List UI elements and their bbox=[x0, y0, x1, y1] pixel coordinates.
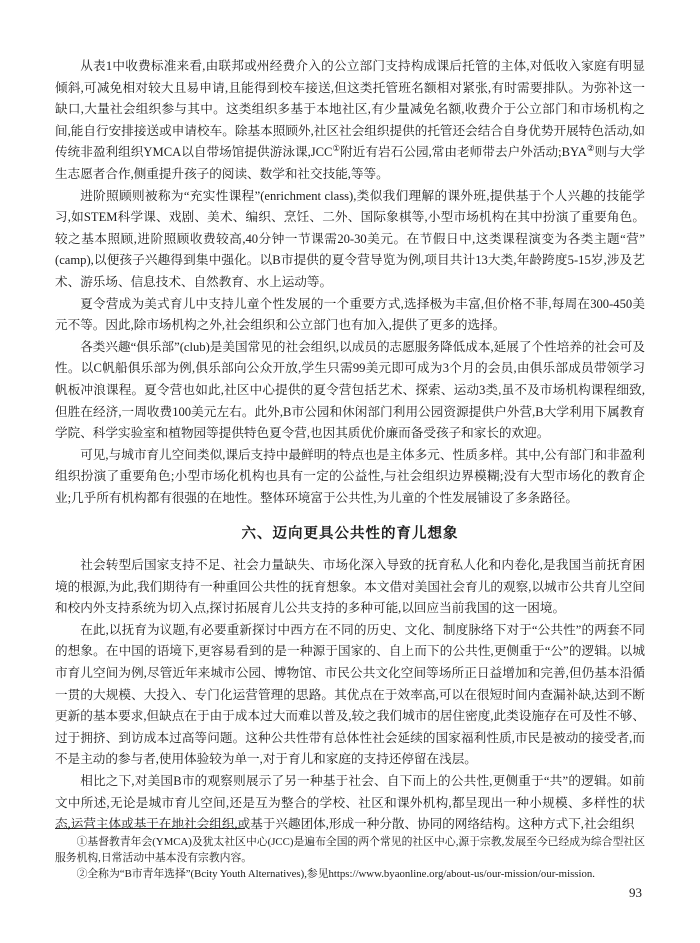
footnote-separator bbox=[55, 828, 245, 829]
body-paragraph: 社会转型后国家支持不足、社会力量缺失、市场化深入导致的抚育私人化和内卷化,是我国… bbox=[55, 555, 645, 620]
body-paragraph: 各类兴趣“俱乐部”(club)是美国常见的社会组织,以成员的志愿服务降低成本,延… bbox=[55, 337, 645, 445]
paragraphs-before-heading: 从表1中收费标准来看,由联邦或州经费介入的公立部门支持构成课后托管的主体,对低收… bbox=[55, 56, 645, 509]
body-paragraph: 夏令营成为美式育儿中支持儿童个性发展的一个重要方式,选择极为丰富,但价格不菲,每… bbox=[55, 294, 645, 337]
footnote-list: ①基督教青年会(YMCA)及犹太社区中心(JCC)是遍布全国的两个常见的社区中心… bbox=[55, 834, 645, 883]
footnote-area: ①基督教青年会(YMCA)及犹太社区中心(JCC)是遍布全国的两个常见的社区中心… bbox=[55, 828, 645, 883]
footnote-item: ①基督教青年会(YMCA)及犹太社区中心(JCC)是遍布全国的两个常见的社区中心… bbox=[55, 834, 645, 866]
body-paragraph: 相比之下,对美国B市的观察则展示了另一种基于社会、自下而上的公共性,更侧重于“共… bbox=[55, 771, 645, 836]
body-paragraph: 可见,与城市育儿空间类似,课后支持中最鲜明的特点也是主体多元、性质多样。其中,公… bbox=[55, 445, 645, 510]
page-number: 93 bbox=[629, 885, 642, 901]
body-paragraph: 进阶照顾则被称为“充实性课程”(enrichment class),类似我们理解… bbox=[55, 186, 645, 294]
footnote-item: ②全称为“B市青年选择”(Bcity Youth Alternatives),参… bbox=[55, 866, 645, 882]
paragraphs-after-heading: 社会转型后国家支持不足、社会力量缺失、市场化深入导致的抚育私人化和内卷化,是我国… bbox=[55, 555, 645, 836]
section-heading: 六、迈向更具公共性的育儿想象 bbox=[55, 524, 645, 546]
body-paragraph: 在此,以抚育为议题,有必要重新探讨中西方在不同的历史、文化、制度脉络下对于“公共… bbox=[55, 620, 645, 771]
body-paragraph: 从表1中收费标准来看,由联邦或州经费介入的公立部门支持构成课后托管的主体,对低收… bbox=[55, 56, 645, 186]
article-page: 从表1中收费标准来看,由联邦或州经费介入的公立部门支持构成课后托管的主体,对低收… bbox=[0, 0, 700, 943]
article-body: 从表1中收费标准来看,由联邦或州经费介入的公立部门支持构成课后托管的主体,对低收… bbox=[55, 56, 645, 836]
